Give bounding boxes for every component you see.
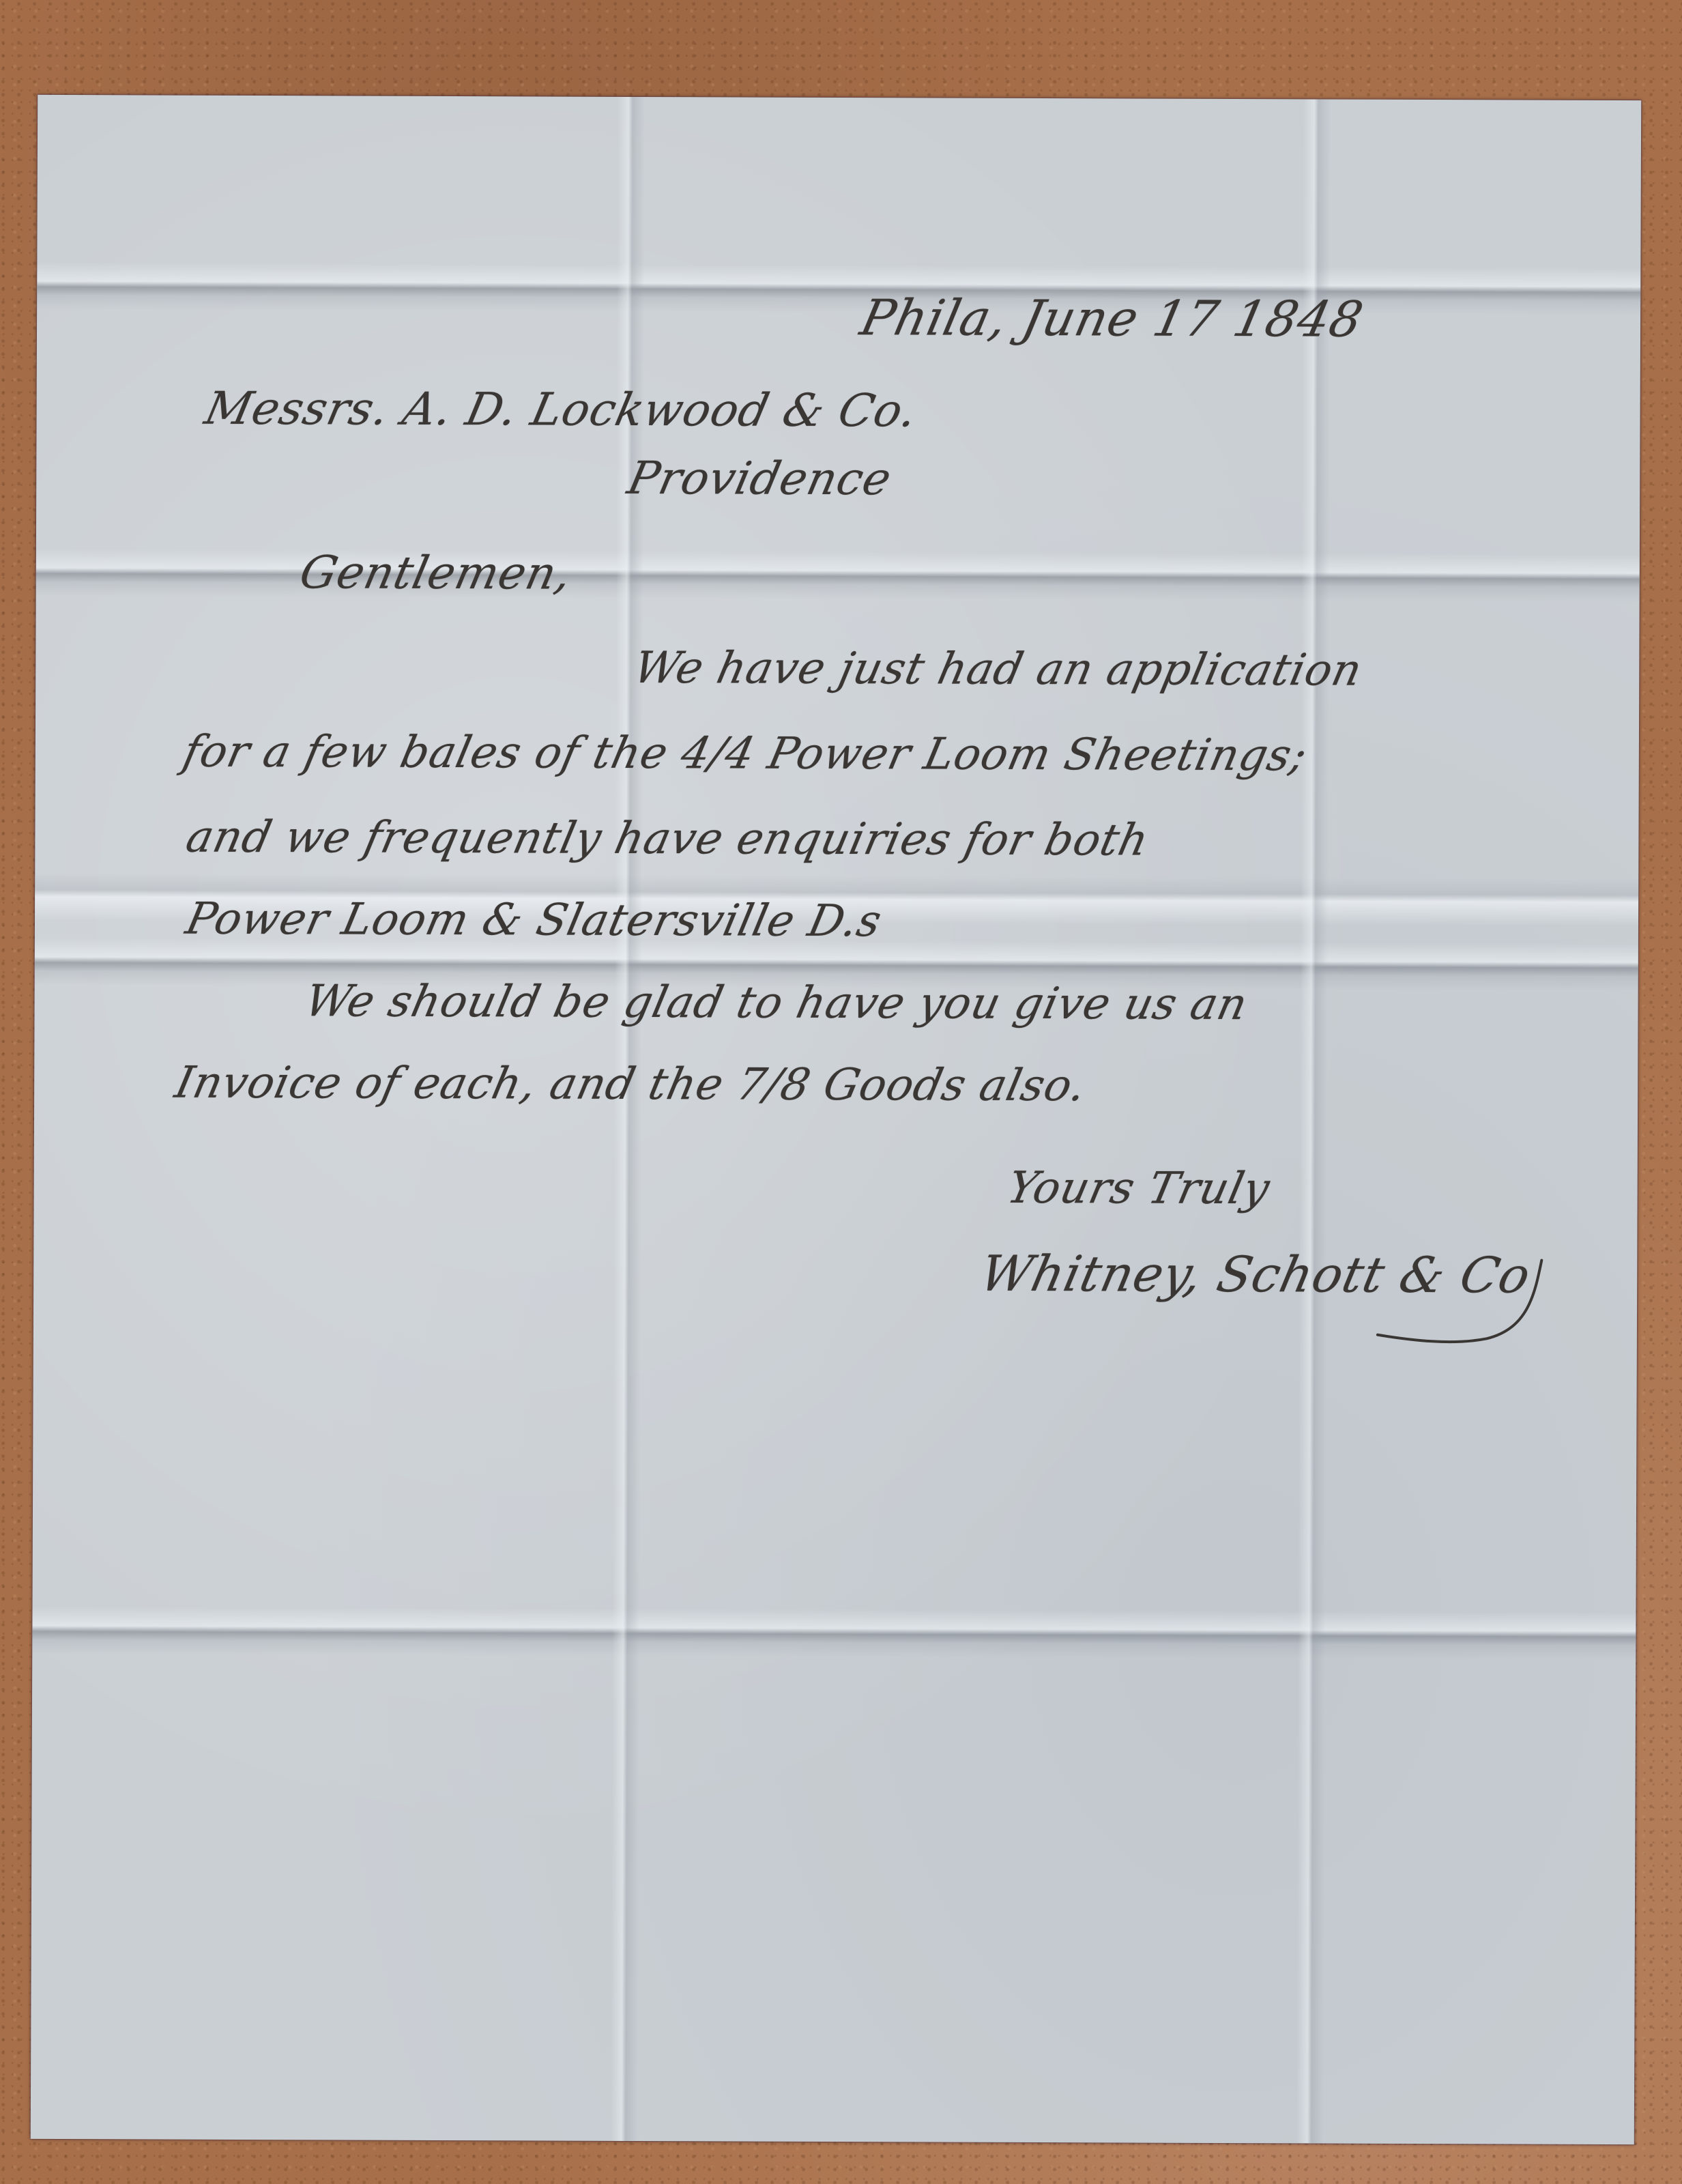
vertical-fold-2: [1296, 99, 1331, 2143]
closing: Yours Truly: [1003, 1163, 1275, 1214]
body-line: Power Loom & Slatersville D.s: [182, 894, 886, 947]
salutation: Gentlemen,: [295, 546, 577, 599]
letter-sheet: Phila, June 17 1848 Messrs. A. D. Lockwo…: [31, 95, 1641, 2144]
horizontal-fold-2: [36, 549, 1640, 602]
horizontal-fold-5: [32, 1607, 1636, 1660]
place-date-heading: Phila, June 17 1848: [856, 289, 1369, 347]
addressee-city: Providence: [623, 452, 897, 505]
body-line: for a few bales of the 4/4 Power Loom Sh…: [179, 727, 1312, 781]
body-line: We have just had an application: [629, 643, 1367, 696]
signature-flourish-icon: [1371, 1253, 1548, 1349]
body-line: We should be glad to have you give us an: [300, 976, 1252, 1030]
body-line: and we frequently have enquiries for bot…: [182, 812, 1153, 866]
addressee-name: Messrs. A. D. Lockwood & Co.: [200, 382, 922, 437]
body-line: Invoice of each, and the 7/8 Goods also.: [171, 1058, 1091, 1112]
horizontal-fold-1: [37, 262, 1640, 315]
